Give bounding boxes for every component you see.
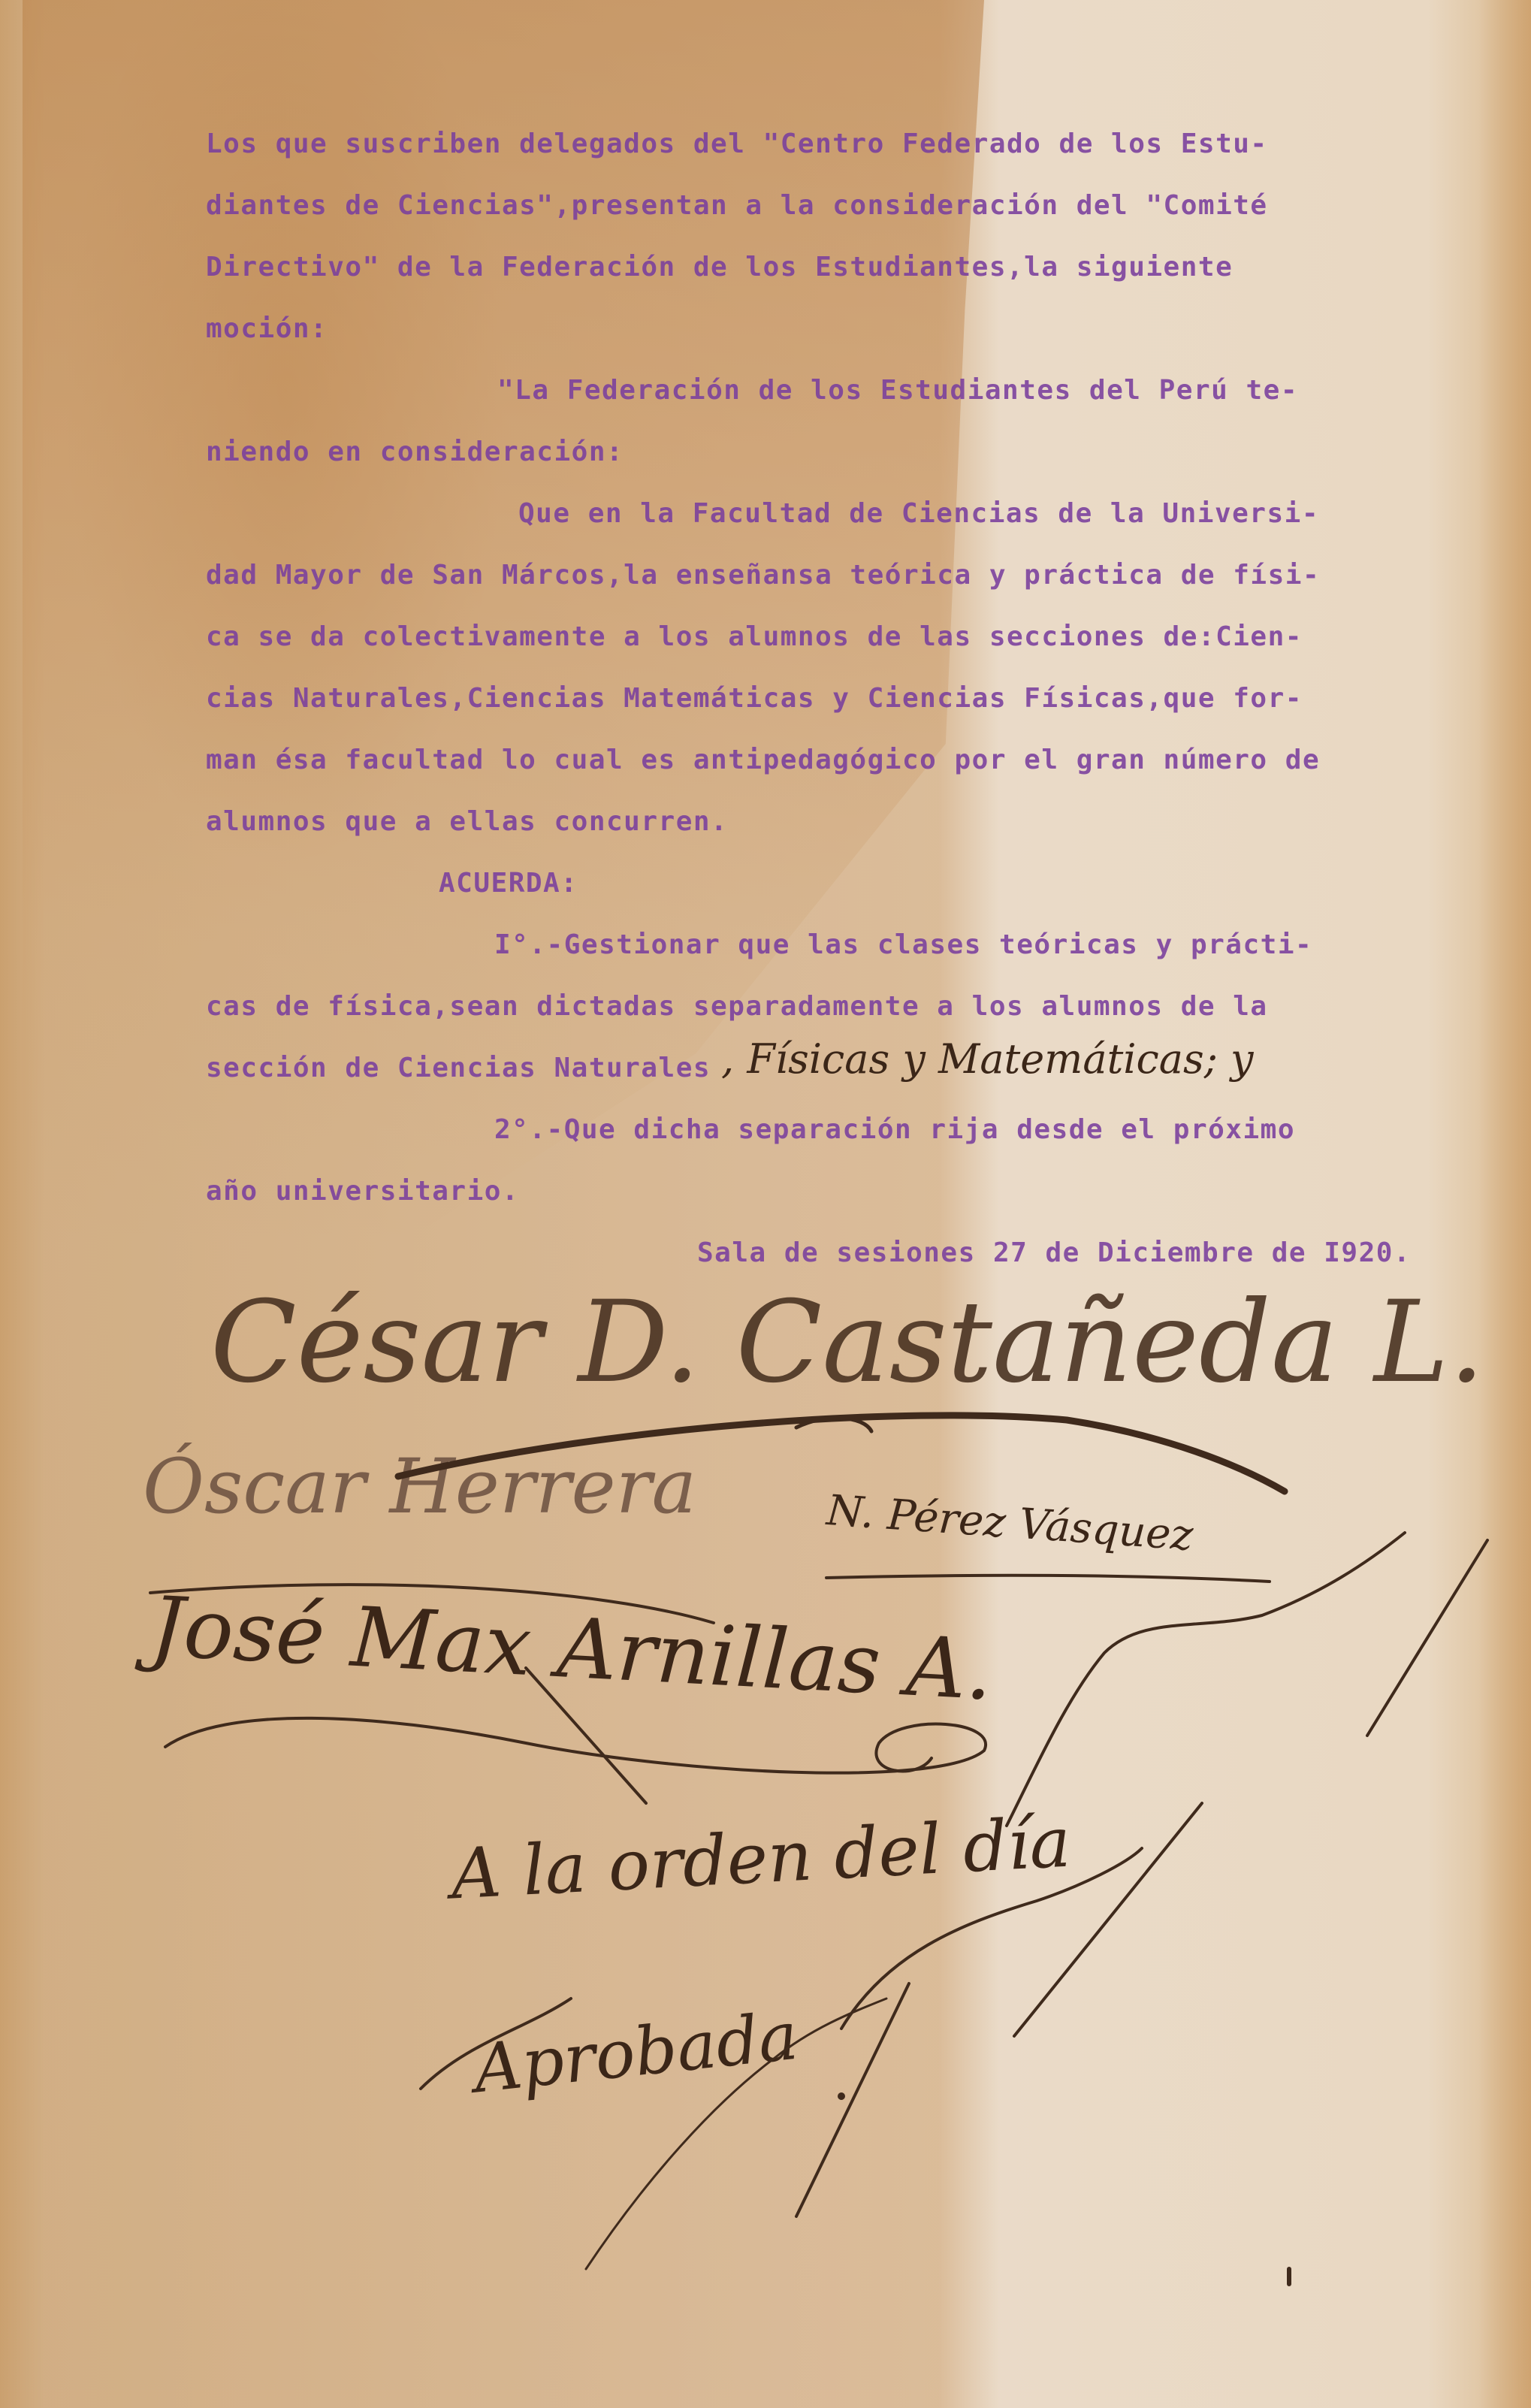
place-and-date: Sala de sesiones 27 de Diciembre de I920…	[697, 1238, 1531, 1268]
signature-castaneda: César D. Castañeda L.	[210, 1277, 1484, 1408]
resolution-1-line-1: I°.-Gestionar que las clases teóricas y …	[494, 930, 1531, 960]
consideration-line-1: Que en la Facultad de Ciencias de la Uni…	[518, 499, 1531, 529]
resolution-2-line-2: año universitario.	[206, 1177, 1408, 1207]
intro-line-1: Los que suscriben delegados del "Centro …	[206, 129, 1408, 159]
intro-line-2: diantes de Ciencias",presentan a la cons…	[206, 191, 1408, 221]
motion-line-1: "La Federación de los Estudiantes del Pe…	[497, 376, 1531, 406]
consideration-line-3: ca se da colectivamente a los alumnos de…	[206, 622, 1408, 652]
resolution-2-line-1: 2°.-Que dicha separación rija desde el p…	[494, 1115, 1531, 1145]
motion-line-2: niendo en consideración:	[206, 437, 1408, 467]
consideration-line-5: man ésa facultad lo cual es antipedagógi…	[206, 745, 1408, 775]
resolves-heading: ACUERDA:	[439, 869, 1531, 899]
consideration-line-4: cias Naturales,Ciencias Matemáticas y Ci…	[206, 684, 1408, 714]
handwritten-addition: , Físicas y Matemáticas; y	[721, 1035, 1254, 1083]
signature-herrera: Óscar Herrera	[143, 1443, 696, 1530]
consideration-line-6: alumnos que a ellas concurren.	[206, 807, 1408, 837]
resolution-1-line-2: cas de física,sean dictadas separadament…	[206, 992, 1408, 1022]
consideration-line-2: dad Mayor de San Márcos,la enseñansa teó…	[206, 560, 1408, 591]
intro-line-4: moción:	[206, 314, 1408, 344]
intro-line-3: Directivo" de la Federación de los Estud…	[206, 252, 1408, 282]
paper-edge-discoloration	[1478, 0, 1531, 2408]
